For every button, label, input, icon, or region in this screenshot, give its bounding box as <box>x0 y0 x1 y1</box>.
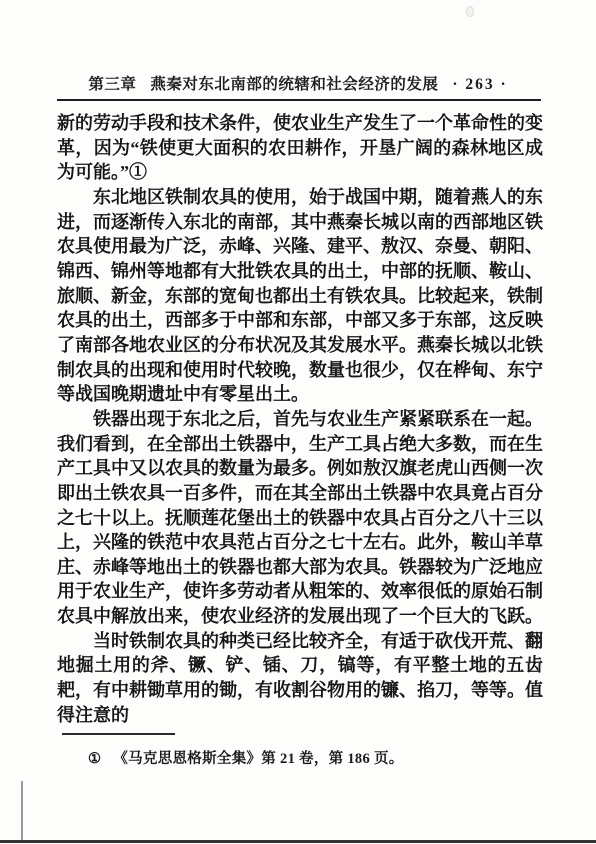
body-text: 新的劳动手段和技术条件，使农业生产发生了一个革命性的变革，因为“铁使更大面积的农… <box>57 111 543 727</box>
paragraph: 东北地区铁制农具的使用，始于战国中期，随着燕人的东进，而逐渐传入东北的南部，其中… <box>57 185 543 407</box>
header-rule <box>57 99 541 101</box>
paragraph: 铁器出现于东北之后，首先与农业生产紧紧联系在一起。我们看到，在全部出土铁器中，生… <box>57 407 543 629</box>
chapter-title: 燕秦对东北南部的统辖和社会经济的发展 <box>150 76 438 93</box>
scan-speck-artifact <box>466 6 474 17</box>
footnote-text: 《马克思恩格斯全集》第 21 卷，第 186 页。 <box>113 751 403 767</box>
footnote-divider <box>62 733 175 735</box>
footnote: ①《马克思恩格斯全集》第 21 卷，第 186 页。 <box>88 747 548 768</box>
book-page: 第三章燕秦对东北南部的统辖和社会经济的发展· 263 · 新的劳动手段和技术条件… <box>0 0 596 844</box>
footnote-marker: ① <box>88 751 101 767</box>
running-header: 第三章燕秦对东北南部的统辖和社会经济的发展· 263 · <box>0 72 596 94</box>
page-bottom-edge-artifact <box>0 840 596 843</box>
page-left-edge-artifact <box>21 781 23 841</box>
chapter-label: 第三章 <box>88 76 136 93</box>
paragraph: 新的劳动手段和技术条件，使农业生产发生了一个革命性的变革，因为“铁使更大面积的农… <box>57 111 543 185</box>
paragraph: 当时铁制农具的种类已经比较齐全，有适于砍伐开荒、翻地掘土用的斧、镢、铲、锸、刀，… <box>57 629 543 728</box>
page-number: · 263 · <box>452 76 507 93</box>
